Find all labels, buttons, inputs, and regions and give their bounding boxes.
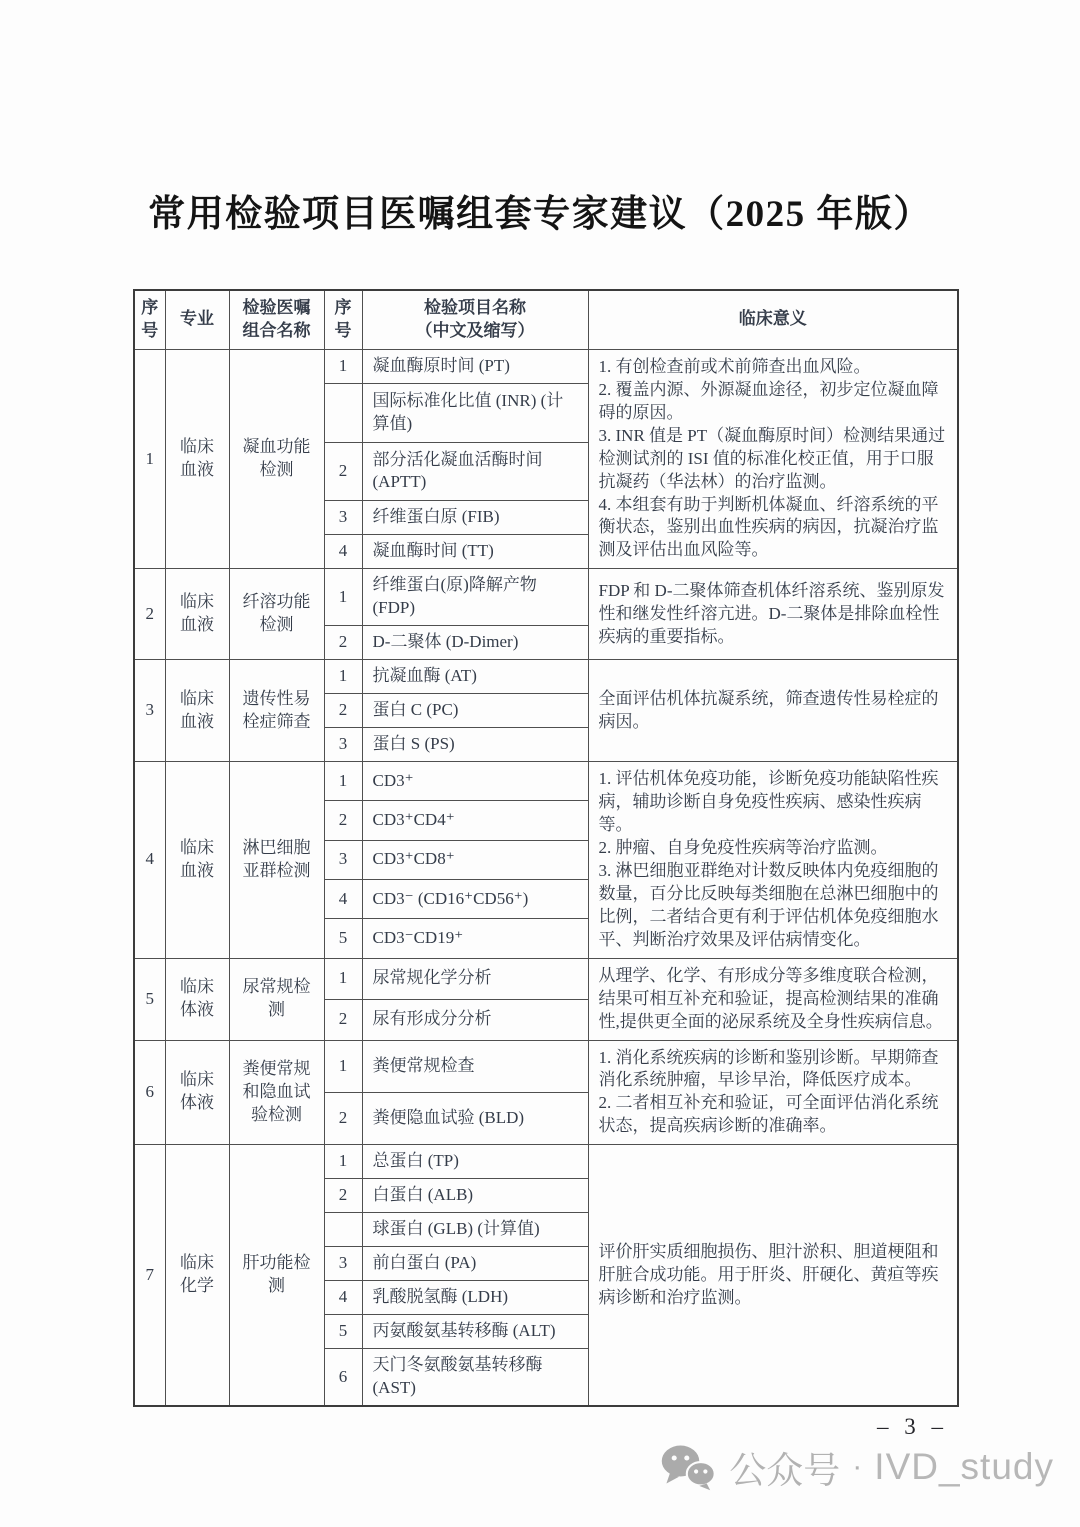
item-name-cell: 凝血酶原时间 (PT) [362,349,588,383]
item-name-cell: 球蛋白 (GLB) (计算值) [362,1213,588,1247]
item-name-cell: D-二聚体 (D-Dimer) [362,626,588,660]
item-no-cell: 1 [324,660,362,694]
item-no-cell: 3 [324,840,362,879]
item-name-cell: CD3⁻ (CD16⁺CD56⁺) [362,880,588,919]
group-combo-name: 凝血功能检测 [229,349,324,568]
item-no-cell: 3 [324,728,362,762]
item-name-cell: 国际标准化比值 (INR) (计算值) [362,383,588,442]
table-header-row: 序号 专业 检验医嘱 组合名称 序号 检验项目名称 （中文及缩写） 临床意义 [134,290,958,349]
group-specialty: 临床化学 [165,1145,229,1406]
lab-order-table: 序号 专业 检验医嘱 组合名称 序号 检验项目名称 （中文及缩写） 临床意义 1… [133,289,959,1407]
item-no-cell: 3 [324,1247,362,1281]
group-significance: FDP 和 D-二聚体筛查机体纤溶系统、鉴别原发性和继发性纤溶亢进。D-二聚体是… [588,569,958,660]
item-name-cell: CD3⁺CD8⁺ [362,840,588,879]
group-combo-name: 肝功能检测 [229,1145,324,1406]
item-name-cell: 凝血酶时间 (TT) [362,535,588,569]
header-significance: 临床意义 [588,290,958,349]
item-no-cell: 1 [324,349,362,383]
group-no: 5 [134,958,165,1040]
header-combo-name: 检验医嘱 组合名称 [229,290,324,349]
item-name-cell: CD3⁺CD4⁺ [362,801,588,840]
wechat-footer: 公众号 · IVD_study [659,1440,1054,1494]
item-no-cell: 4 [324,880,362,919]
item-no-cell: 2 [324,1092,362,1144]
group-no: 4 [134,762,165,959]
item-no-cell: 4 [324,1281,362,1315]
item-name-cell: 尿常规化学分析 [362,958,588,999]
wechat-icon [659,1443,717,1491]
group-no: 3 [134,660,165,762]
item-name-cell: 总蛋白 (TP) [362,1145,588,1179]
group-specialty: 临床血液 [165,762,229,959]
group-significance: 评价肝实质细胞损伤、胆汁淤积、胆道梗阻和肝脏合成功能。用于肝炎、肝硬化、黄疸等疾… [588,1145,958,1406]
item-no-cell [324,1213,362,1247]
item-no-cell: 1 [324,1040,362,1092]
item-name-cell: 白蛋白 (ALB) [362,1179,588,1213]
item-name-cell: 尿有形成分分析 [362,999,588,1040]
item-name-cell: CD3⁺ [362,762,588,801]
item-name-cell: 蛋白 S (PS) [362,728,588,762]
item-row: 7 临床化学 肝功能检测 1 总蛋白 (TP) 评价肝实质细胞损伤、胆汁淤积、胆… [134,1145,958,1179]
item-no-cell: 2 [324,801,362,840]
group-combo-name: 淋巴细胞亚群检测 [229,762,324,959]
item-no-cell: 1 [324,762,362,801]
item-no-cell: 2 [324,694,362,728]
group-combo-name: 尿常规检测 [229,958,324,1040]
item-name-cell: 前白蛋白 (PA) [362,1247,588,1281]
page-number: – 3 – [877,1414,948,1440]
header-item-name: 检验项目名称 （中文及缩写） [362,290,588,349]
group-specialty: 临床血液 [165,569,229,660]
item-no-cell: 1 [324,958,362,999]
header-specialty: 专业 [165,290,229,349]
item-row: 4 临床血液 淋巴细胞亚群检测 1 CD3⁺ 1. 评估机体免疫功能，诊断免疫功… [134,762,958,801]
group-specialty: 临床体液 [165,1040,229,1145]
item-name-cell: 粪便常规检查 [362,1040,588,1092]
group-significance: 1. 消化系统疾病的诊断和鉴别诊断。早期筛查消化系统肿瘤，早诊早治，降低医疗成本… [588,1040,958,1145]
header-item-seq: 序号 [324,290,362,349]
item-name-cell: 天门冬氨酸氨基转移酶 (AST) [362,1349,588,1406]
document-page: 常用检验项目医嘱组套专家建议（2025 年版） 序号 专业 检验医嘱 组合名称 … [0,0,1080,1527]
item-no-cell [324,383,362,442]
item-no-cell: 2 [324,1179,362,1213]
group-combo-name: 粪便常规和隐血试验检测 [229,1040,324,1145]
item-name-cell: 蛋白 C (PC) [362,694,588,728]
item-no-cell: 3 [324,501,362,535]
item-no-cell: 6 [324,1349,362,1406]
item-name-cell: 丙氨酸氨基转移酶 (ALT) [362,1315,588,1349]
item-no-cell: 2 [324,999,362,1040]
group-combo-name: 遗传性易栓症筛查 [229,660,324,762]
footer-separator: · [852,1450,862,1484]
group-no: 7 [134,1145,165,1406]
item-no-cell: 5 [324,1315,362,1349]
item-name-cell: 部分活化凝血活酶时间 (APTT) [362,442,588,501]
header-seq: 序号 [134,290,165,349]
group-significance: 全面评估机体抗凝系统，筛查遗传性易栓症的病因。 [588,660,958,762]
footer-account: IVD_study [874,1446,1054,1488]
item-name-cell: 纤维蛋白(原)降解产物 (FDP) [362,569,588,626]
item-row: 6 临床体液 粪便常规和隐血试验检测 1 粪便常规检查 1. 消化系统疾病的诊断… [134,1040,958,1092]
item-no-cell: 4 [324,535,362,569]
item-name-cell: 抗凝血酶 (AT) [362,660,588,694]
item-no-cell: 5 [324,919,362,958]
group-significance: 1. 评估机体免疫功能，诊断免疫功能缺陷性疾病，辅助诊断自身免疫性疾病、感染性疾… [588,762,958,959]
group-significance: 1. 有创检查前或术前筛查出血风险。 2. 覆盖内源、外源凝血途径，初步定位凝血… [588,349,958,568]
item-name-cell: 纤维蛋白原 (FIB) [362,501,588,535]
group-no: 2 [134,569,165,660]
item-no-cell: 2 [324,442,362,501]
item-no-cell: 1 [324,569,362,626]
page-title: 常用检验项目医嘱组套专家建议（2025 年版） [0,183,1080,237]
group-specialty: 临床体液 [165,958,229,1040]
item-no-cell: 1 [324,1145,362,1179]
item-row: 5 临床体液 尿常规检测 1 尿常规化学分析 从理学、化学、有形成分等多维度联合… [134,958,958,999]
item-name-cell: 乳酸脱氢酶 (LDH) [362,1281,588,1315]
group-specialty: 临床血液 [165,660,229,762]
item-row: 3 临床血液 遗传性易栓症筛查 1 抗凝血酶 (AT) 全面评估机体抗凝系统，筛… [134,660,958,694]
item-name-cell: CD3⁻CD19⁺ [362,919,588,958]
item-no-cell: 2 [324,626,362,660]
item-name-cell: 粪便隐血试验 (BLD) [362,1092,588,1144]
group-specialty: 临床血液 [165,349,229,568]
group-no: 6 [134,1040,165,1145]
group-significance: 从理学、化学、有形成分等多维度联合检测，结果可相互补充和验证，提高检测结果的准确… [588,958,958,1040]
item-row: 1 临床血液 凝血功能检测 1 凝血酶原时间 (PT) 1. 有创检查前或术前筛… [134,349,958,383]
footer-label: 公众号 [729,1440,840,1494]
group-no: 1 [134,349,165,568]
group-combo-name: 纤溶功能检测 [229,569,324,660]
item-row: 2 临床血液 纤溶功能检测 1 纤维蛋白(原)降解产物 (FDP) FDP 和 … [134,569,958,626]
